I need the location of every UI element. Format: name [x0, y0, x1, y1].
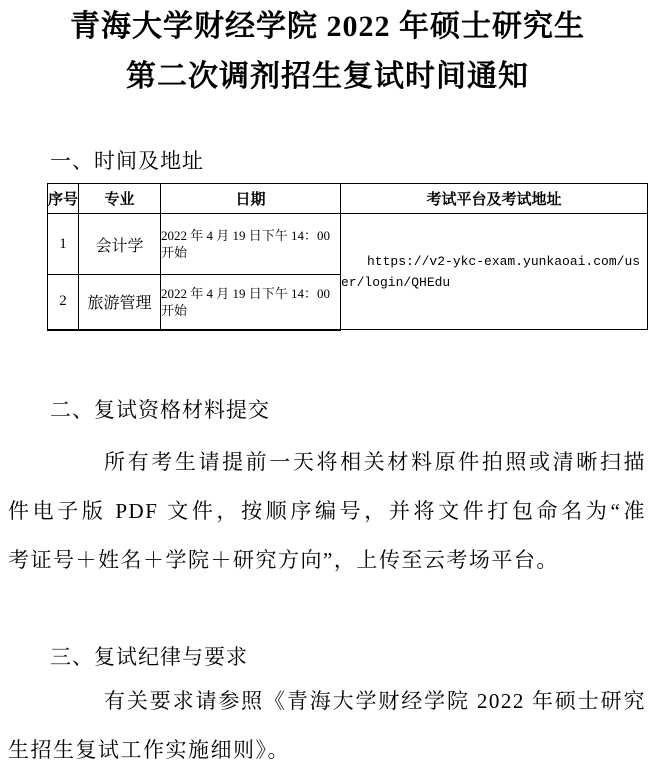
section2-paragraph: 所有考生请提前一天将相关材料原件拍照或清晰扫描 件电子版 PDF 文件，按顺序编… [8, 438, 646, 585]
exam-schedule-table: 序号 专业 日期 考试平台及考试地址 1 会计学 2022 年 4 月 19 日… [47, 183, 648, 331]
table-header-platform: 考试平台及考试地址 [341, 184, 648, 214]
title-line-2: 第二次调剂招生复试时间通知 [0, 52, 655, 102]
row2-date-cell: 2022 年 4 月 19 日下午 14：00 开始 [161, 275, 341, 330]
row2-major-cell: 旅游管理 [79, 275, 161, 330]
table-header-row: 序号 专业 日期 考试平台及考试地址 [48, 184, 648, 214]
table-header-major: 专业 [79, 184, 161, 214]
paragraph-line: 件电子版 PDF 文件，按顺序编号，并将文件打包命名为“准 [8, 487, 646, 536]
paragraph-line: 生招生复试工作实施细则》。 [8, 726, 646, 774]
table-row: 1 会计学 2022 年 4 月 19 日下午 14：00 开始 https:/… [48, 214, 648, 275]
paragraph-line: 考证号＋姓名＋学院＋研究方向”，上传至云考场平台。 [8, 536, 646, 585]
row1-number-cell: 1 [48, 214, 79, 275]
paragraph-line: 所有考生请提前一天将相关材料原件拍照或清晰扫描 [8, 438, 646, 487]
row1-date-cell: 2022 年 4 月 19 日下午 14：00 开始 [161, 214, 341, 275]
exam-platform-url: https://v2-ykc-exam.yunkaoai.com/user/lo… [341, 214, 648, 330]
section3-paragraph: 有关要求请参照《青海大学财经学院 2022 年硕士研究 生招生复试工作实施细则》… [8, 677, 646, 774]
row2-number-cell: 2 [48, 275, 79, 330]
title-line-1: 青海大学财经学院 2022 年硕士研究生 [0, 2, 655, 52]
document-page: 青海大学财经学院 2022 年硕士研究生 第二次调剂招生复试时间通知 一、时间及… [0, 0, 655, 774]
table-header-date: 日期 [161, 184, 341, 214]
section3-heading: 三、复试纪律与要求 [50, 643, 655, 671]
document-title: 青海大学财经学院 2022 年硕士研究生 第二次调剂招生复试时间通知 [0, 0, 655, 102]
row1-major-cell: 会计学 [79, 214, 161, 275]
section2-heading: 二、复试资格材料提交 [50, 396, 655, 424]
section1-heading: 一、时间及地址 [50, 147, 655, 175]
table-header-no: 序号 [48, 184, 79, 214]
paragraph-line: 有关要求请参照《青海大学财经学院 2022 年硕士研究 [8, 677, 646, 726]
